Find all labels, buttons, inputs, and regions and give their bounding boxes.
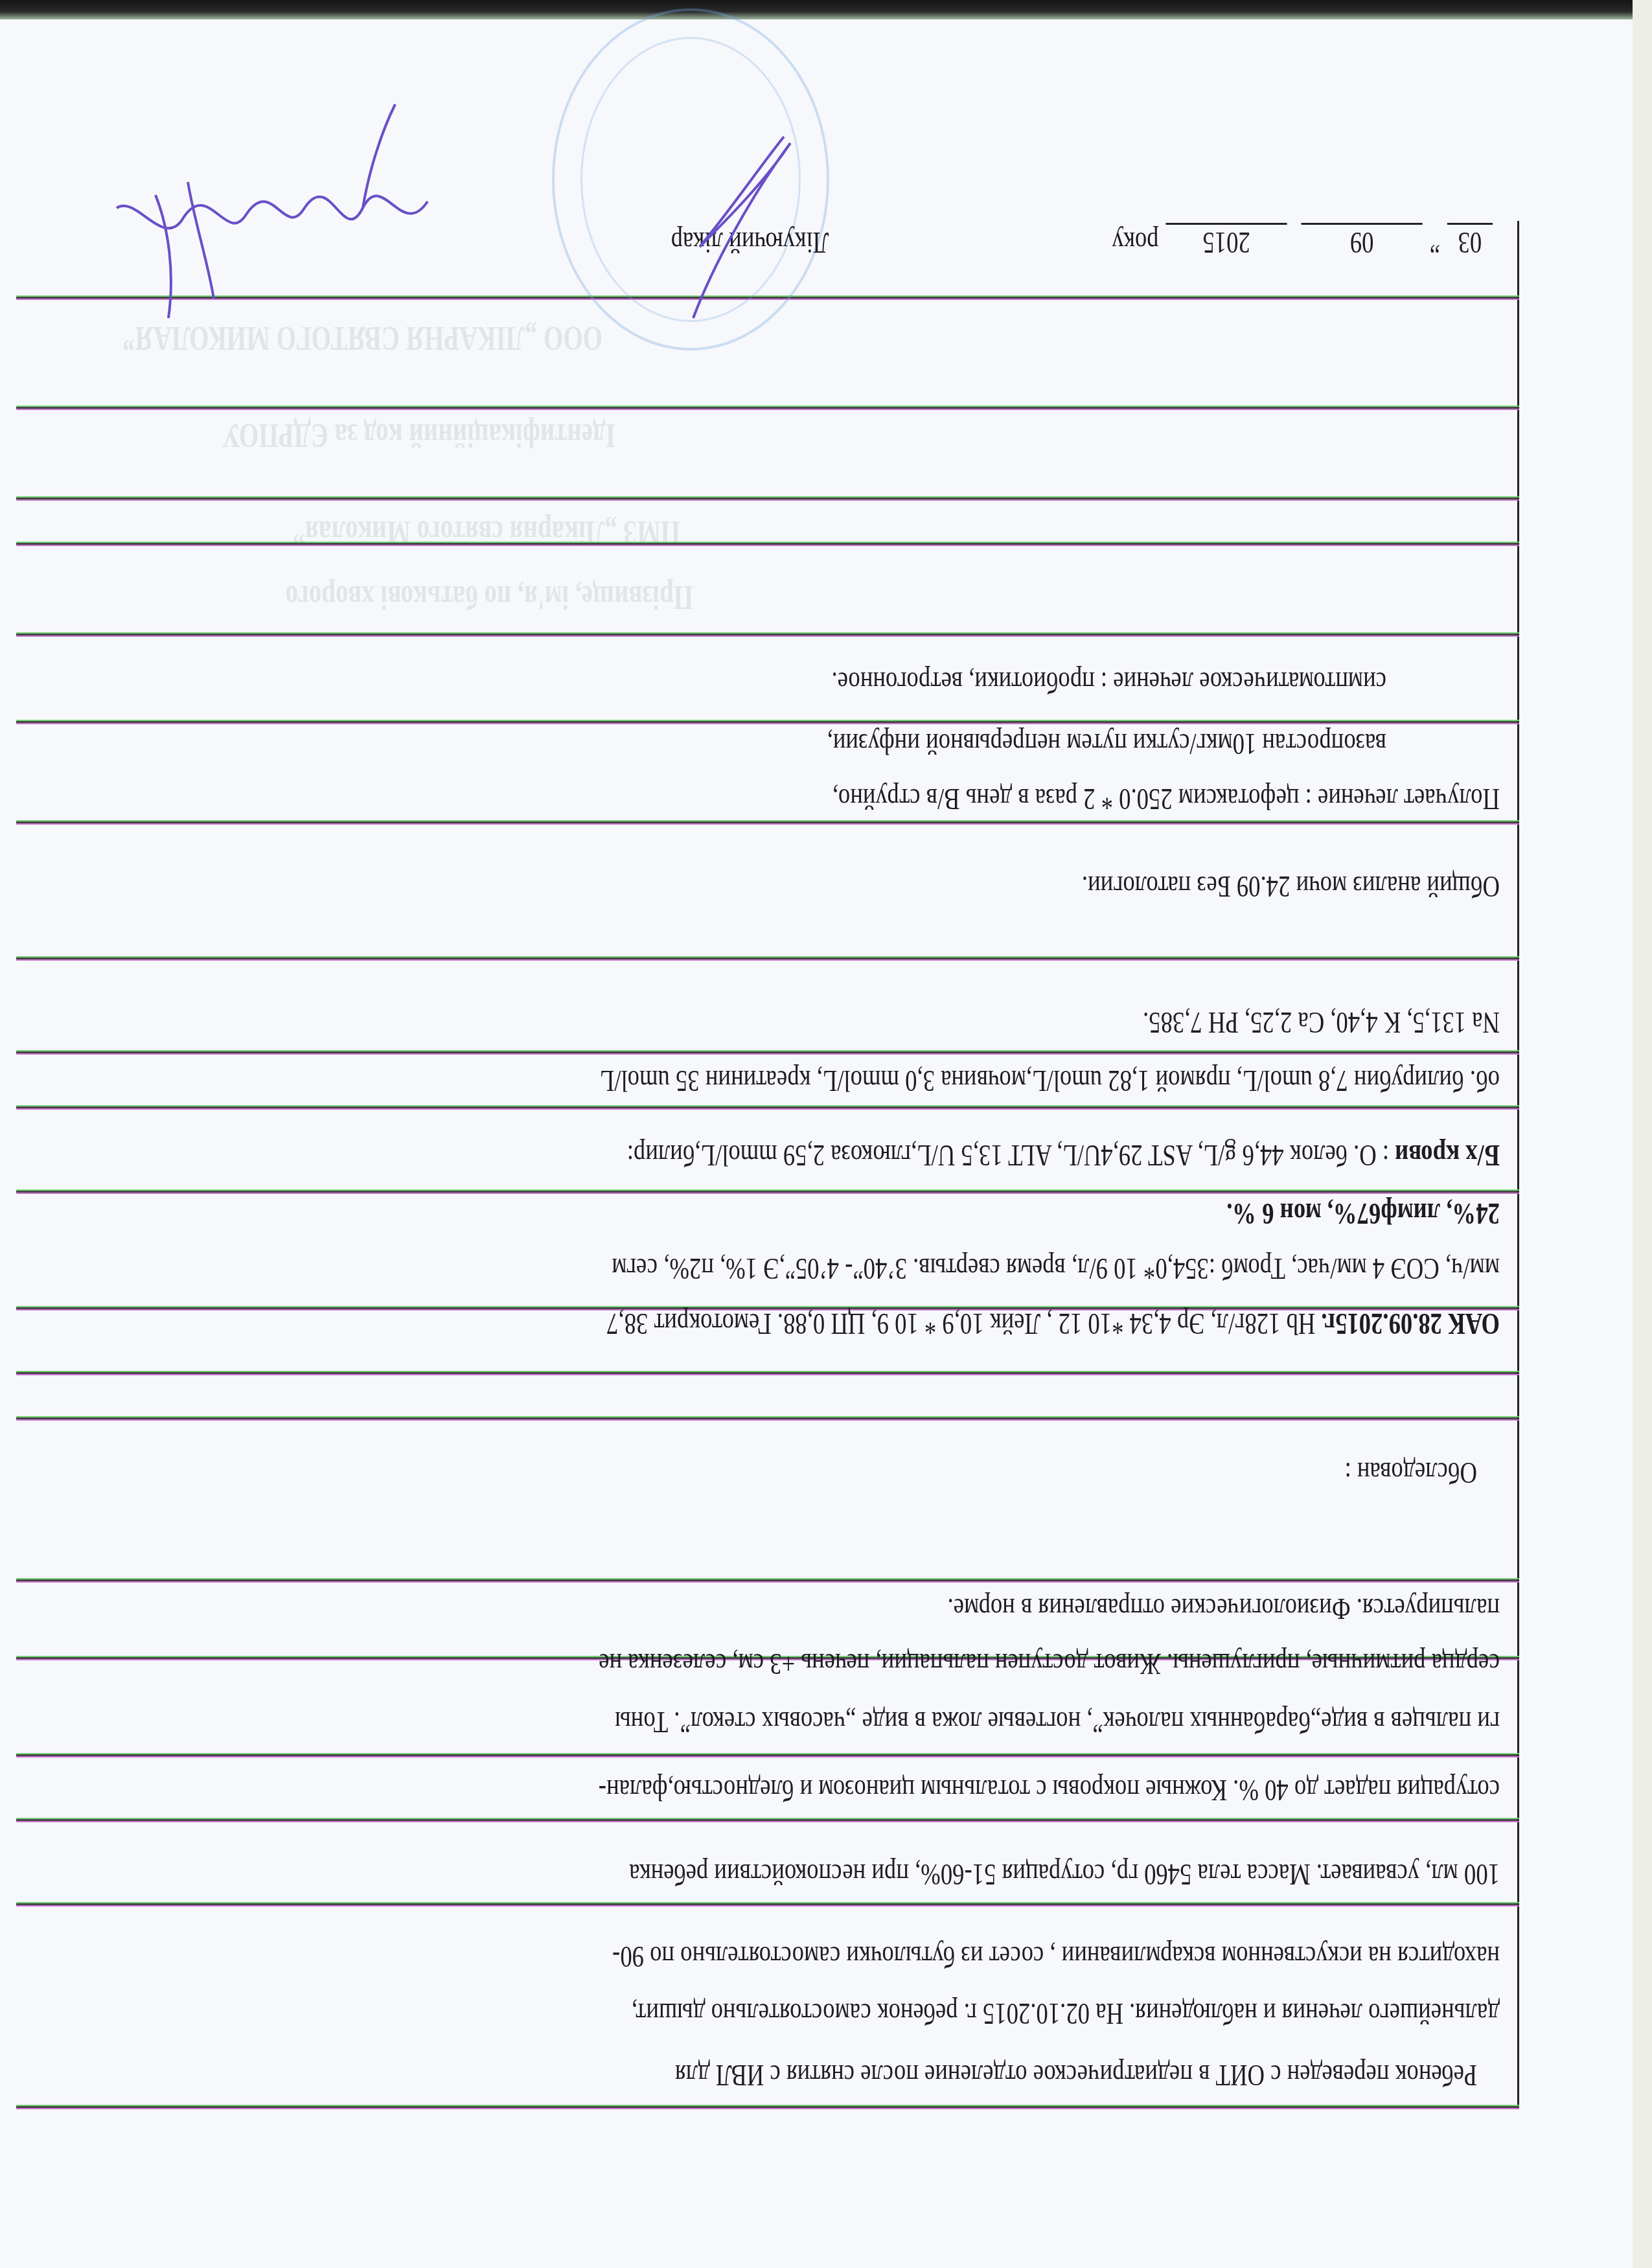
date-year: 2015 bbox=[1166, 223, 1287, 260]
date-month: 09 bbox=[1302, 223, 1423, 260]
text-line: ги пальцев в виде„барабанных палочек”, н… bbox=[360, 1704, 1500, 1740]
ruled-line bbox=[16, 634, 1519, 636]
ruled-line bbox=[16, 721, 1519, 723]
ruled-line bbox=[16, 1417, 1519, 1419]
ruled-line bbox=[16, 543, 1519, 545]
margin-border-line bbox=[1517, 221, 1519, 2106]
text-line: Получает лечение : цефотаксим 250.0 * 2 … bbox=[360, 781, 1500, 817]
doctor-signature bbox=[104, 91, 441, 338]
text-line: сотурация падает до 40 %. Кожные покровы… bbox=[360, 1772, 1500, 1808]
text-line: вазопростан 10мкг/сутки путем непрерывно… bbox=[336, 726, 1386, 762]
ruled-line bbox=[16, 957, 1519, 959]
text-line: ОАК 28.09.2015г. Нb 128г/л, Эр 4,34 *10 … bbox=[360, 1305, 1500, 1342]
ruled-line bbox=[16, 1754, 1519, 1756]
signature-scribble bbox=[648, 130, 829, 325]
text-line: Общий анализ мочи 24.09 Без патологии. bbox=[360, 868, 1500, 904]
ruled-line bbox=[16, 1903, 1519, 1905]
document-page: ООО „ЛІКАРНЯ СВЯТОГО МИКОЛАЯ” Ідентифіка… bbox=[0, 0, 1652, 2268]
text-line: 100 мл, усваивает. Масса тела 5460 гр, с… bbox=[360, 1856, 1500, 1892]
text-line: дальнейшего лечения и наблюдения. На 02.… bbox=[360, 1995, 1500, 2032]
ruled-line bbox=[16, 1051, 1519, 1053]
ruled-line bbox=[16, 407, 1519, 409]
ruled-line bbox=[16, 1191, 1519, 1193]
text-line: симптоматическое лечение : пробиотики, в… bbox=[336, 664, 1386, 700]
date-day: 03 bbox=[1447, 223, 1493, 260]
ruled-line bbox=[16, 1579, 1519, 1581]
text-line: сердца ритмичные, приглушены. Живот дост… bbox=[360, 1645, 1500, 1682]
ruled-line bbox=[16, 821, 1519, 823]
text-line: Ребенок переведен с ОИТ в педиатрическое… bbox=[355, 2057, 1477, 2093]
text-line: находится на искуственном вскармливании … bbox=[360, 1938, 1500, 1975]
ruled-line bbox=[16, 1819, 1519, 1821]
date-quote: ” bbox=[1430, 225, 1440, 260]
bleed-through-text: Ідентифікаційний код за ЄДРПОУ bbox=[222, 416, 615, 454]
page-margin bbox=[1633, 0, 1652, 2268]
text-line: Б/х крови : О. белок 44,6 g/L, AST 29,4U… bbox=[360, 1137, 1500, 1173]
ruled-line bbox=[16, 498, 1519, 499]
ruled-line bbox=[16, 1106, 1519, 1108]
text-line: пальпируется. Физиологические отправлени… bbox=[360, 1590, 1500, 1627]
date-year-suffix: року bbox=[1112, 225, 1158, 260]
bleed-through-text: Прізвище, ім'я, по батькові хворого bbox=[286, 578, 693, 616]
text-line: Na 131,5, K 4,40, Ca 2,25, PH 7,385. bbox=[360, 1004, 1500, 1040]
bleed-through-text: ПМЗ „Лікарня святого Миколая” bbox=[292, 513, 680, 551]
text-line: Обследован : bbox=[355, 1454, 1477, 1491]
scanner-edge bbox=[0, 0, 1652, 19]
text-line: об. билирубин 7,8 umol/L, прямой 1,82 um… bbox=[360, 1062, 1500, 1099]
ruled-line bbox=[16, 2106, 1519, 2108]
text-line: мм/ч, СОЭ 4 мм/час, Тромб :354,0* 10 9/л… bbox=[360, 1250, 1500, 1287]
ruled-line bbox=[16, 1372, 1519, 1374]
text-line: 24%, лимф67%, мон 6 %. bbox=[360, 1195, 1500, 1231]
